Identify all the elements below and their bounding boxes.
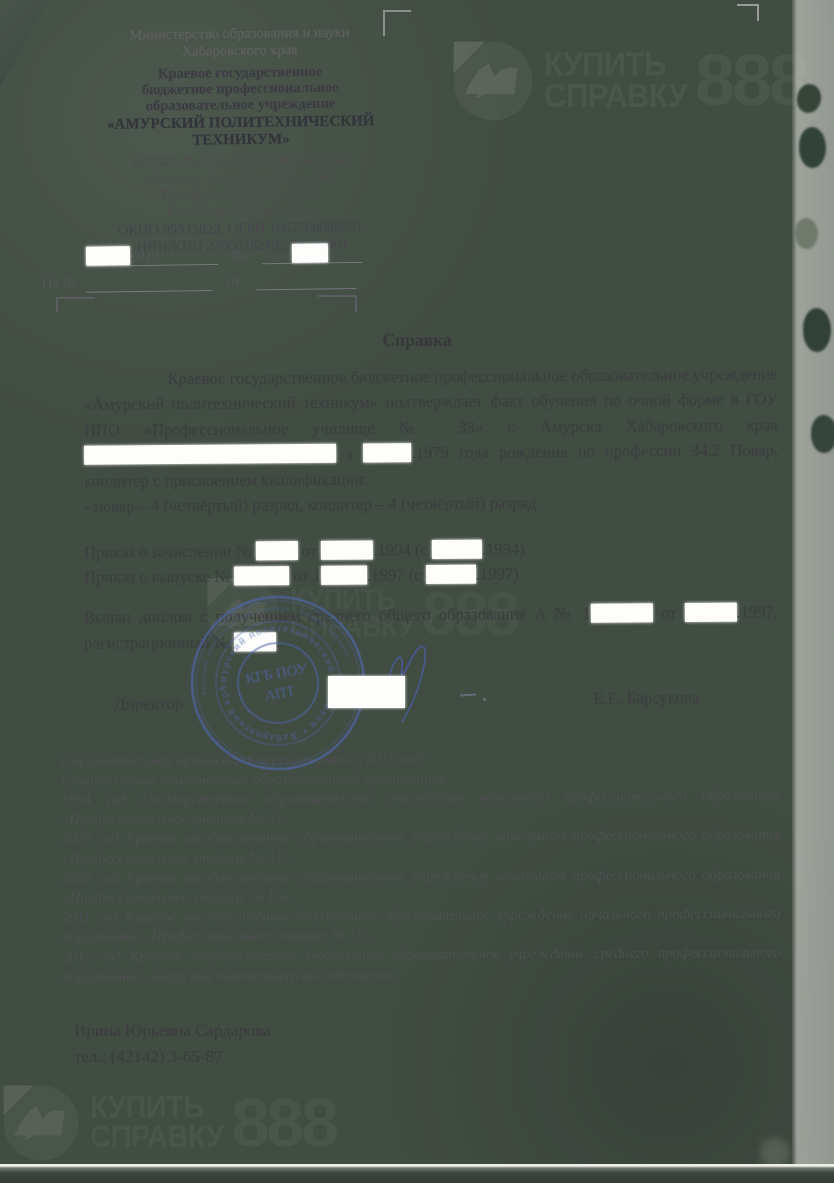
number-sign: № bbox=[232, 248, 246, 265]
photo-of-document: Купить справку 888 Купить справку 888 Ми… bbox=[0, 0, 834, 1183]
footnote-line: 2008 год Краевое государственное образов… bbox=[62, 865, 780, 909]
punch-hole bbox=[803, 308, 831, 352]
watermark-word2: справку bbox=[90, 1123, 223, 1152]
watermark-word2: справку bbox=[544, 81, 687, 112]
main-paragraph: Краевое государственное бюджетное профес… bbox=[83, 361, 778, 519]
redaction-box bbox=[363, 443, 411, 462]
redaction-box bbox=[328, 676, 405, 708]
number-field bbox=[262, 242, 362, 264]
renaming-history: Образовательная организация переименован… bbox=[61, 748, 780, 988]
footnote-line: 1994 год Государственное образовательное… bbox=[62, 787, 780, 831]
paper-bottom-edge bbox=[0, 1164, 834, 1183]
ref-no-label: На № bbox=[42, 276, 77, 293]
paragraph-text: Краевое государственное бюджетное профес… bbox=[83, 361, 778, 493]
letterhead: Министерство образования и науки Хабаров… bbox=[33, 23, 448, 257]
punch-hole bbox=[799, 127, 826, 168]
sleeve-edge bbox=[792, 0, 834, 1170]
watermark-number: 888 bbox=[231, 1084, 335, 1162]
date-year: 2022 bbox=[130, 248, 159, 265]
watermark-logo-icon bbox=[2, 1084, 80, 1162]
punch-hole bbox=[795, 218, 818, 249]
watermark-top-right: Купить справку 888 bbox=[452, 40, 806, 122]
director-label: Директор bbox=[114, 694, 183, 715]
ref-date-field bbox=[256, 268, 356, 290]
watermark-number: 888 bbox=[695, 40, 806, 122]
corner-mark bbox=[56, 297, 95, 312]
redaction-box bbox=[86, 246, 130, 266]
redaction-box bbox=[591, 603, 653, 622]
contact-name: Ирина Юрьевна Сардарова bbox=[74, 1018, 271, 1044]
signature-dot bbox=[483, 698, 486, 701]
contact-block: Ирина Юрьевна Сардарова тел.: (42142) 3-… bbox=[74, 1018, 271, 1070]
stamp-ring-text: Амурский политехнический техникум • Хаба… bbox=[168, 573, 348, 759]
redaction-box bbox=[256, 541, 298, 560]
redaction-box bbox=[684, 603, 736, 622]
corner-mark bbox=[318, 295, 357, 312]
ref-number-field bbox=[86, 270, 212, 293]
redaction-box bbox=[321, 540, 373, 559]
footnote-line: 2005 год Краевое государственное образов… bbox=[62, 826, 780, 870]
svg-text:Амурский политехнический техни: Амурский политехнический техникум • Хаба… bbox=[168, 573, 348, 759]
redaction-box bbox=[84, 444, 336, 465]
punch-hole bbox=[811, 415, 834, 453]
page-title: Справка bbox=[84, 330, 750, 351]
date-field: 2022 bbox=[86, 244, 218, 267]
redaction-box bbox=[292, 243, 328, 263]
watermark-logo-icon bbox=[452, 40, 534, 122]
corner-mark bbox=[383, 10, 411, 36]
watermark-word1: Купить bbox=[90, 1094, 223, 1123]
stamp-center-line2: АПТ bbox=[263, 683, 296, 704]
stamp-center-line1: КГБ ПОУ bbox=[244, 661, 309, 688]
redaction-box bbox=[432, 540, 482, 559]
footnote-line: 2011 год Краевое государственное бюджетн… bbox=[62, 905, 780, 949]
corner-mark bbox=[737, 4, 759, 21]
watermark-bottom-left: Купить справку 888 bbox=[2, 1084, 336, 1162]
signer-name: Е.Е. Барсукова bbox=[593, 688, 700, 709]
orders-block: Приказ о зачислении № от .1994 (с .1994)… bbox=[84, 535, 778, 589]
footnote-line: 2012 год Краевое государственное бюджетн… bbox=[62, 944, 780, 988]
redaction-box bbox=[426, 564, 476, 583]
ref-from-label: от bbox=[226, 274, 240, 291]
contact-phone: тел.: (42142) 3-65-87 bbox=[74, 1044, 271, 1070]
redaction-box bbox=[234, 566, 289, 585]
